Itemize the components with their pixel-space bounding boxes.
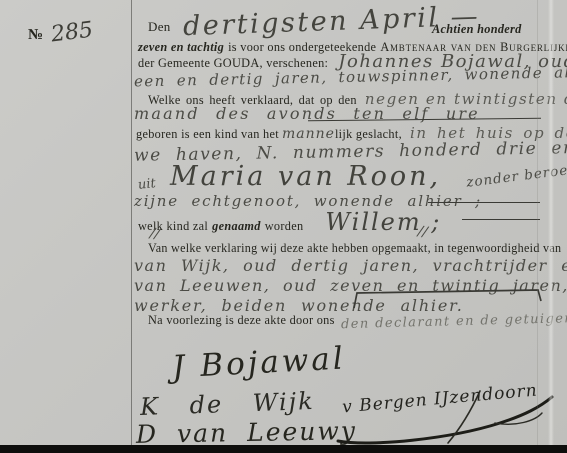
registry-number: № 285 bbox=[28, 20, 93, 45]
closing-bracket-stroke bbox=[348, 288, 546, 312]
line11-printed-a: welk kind zal bbox=[138, 219, 208, 234]
line16-printed: Na voorlezing is deze akte door ons bbox=[148, 313, 335, 328]
registry-number-label: № bbox=[28, 27, 43, 43]
scan-edge-bar bbox=[0, 445, 567, 453]
line16-handwritten: den declarant en de getuigen geteekend bbox=[341, 309, 567, 332]
form-margin-rule bbox=[131, 0, 132, 447]
line1-printed-den: Den bbox=[148, 19, 171, 35]
correction-mark-right: // bbox=[417, 223, 429, 240]
line10-filled-rule bbox=[428, 202, 540, 203]
line11: welk kind zal genaamd worden Willem ; bbox=[138, 208, 441, 236]
signature-declarant: J Bojawal bbox=[171, 340, 346, 385]
line11-printed-b: worden bbox=[265, 219, 304, 234]
signature-witness2: D van Leeuwy bbox=[136, 416, 357, 449]
line13-handwritten: van Wijk, oud dertig jaren, vrachtrijder… bbox=[134, 256, 567, 275]
line6-handwritten: maand des avonds ten elf ure bbox=[134, 104, 480, 123]
line7-printed-a: geboren is een kind van het bbox=[136, 127, 279, 142]
line1-year-printed: Achtien honderd bbox=[432, 22, 522, 37]
signature-witness1: K de Wijk bbox=[140, 387, 316, 421]
line12: Van welke verklaring wij deze akte hebbe… bbox=[148, 240, 567, 256]
paper-fold-line bbox=[537, 0, 538, 447]
signature-registrar: v Bergen IJzendoorn bbox=[330, 383, 565, 445]
line16: Na voorlezing is deze akte door ons den … bbox=[148, 313, 567, 328]
paper-fold-highlight bbox=[548, 0, 554, 447]
line7-hand-a: manne bbox=[282, 126, 335, 142]
registry-number-value: 285 bbox=[50, 18, 95, 48]
signature-flourish bbox=[330, 383, 565, 445]
line9-mother-name: Maria van Roon, bbox=[170, 161, 441, 192]
line11-printed-genaamd: genaamd bbox=[212, 219, 261, 234]
line11-filled-rule bbox=[462, 219, 540, 220]
line9-hand-uit: uit bbox=[137, 176, 156, 193]
line7-printed-b: lijk geslacht, bbox=[335, 127, 402, 142]
line12-printed: Van welke verklaring wij deze akte hebbe… bbox=[148, 241, 561, 256]
birth-certificate-scan: № 285 Den dertigsten April — Achtien hon… bbox=[0, 0, 567, 453]
